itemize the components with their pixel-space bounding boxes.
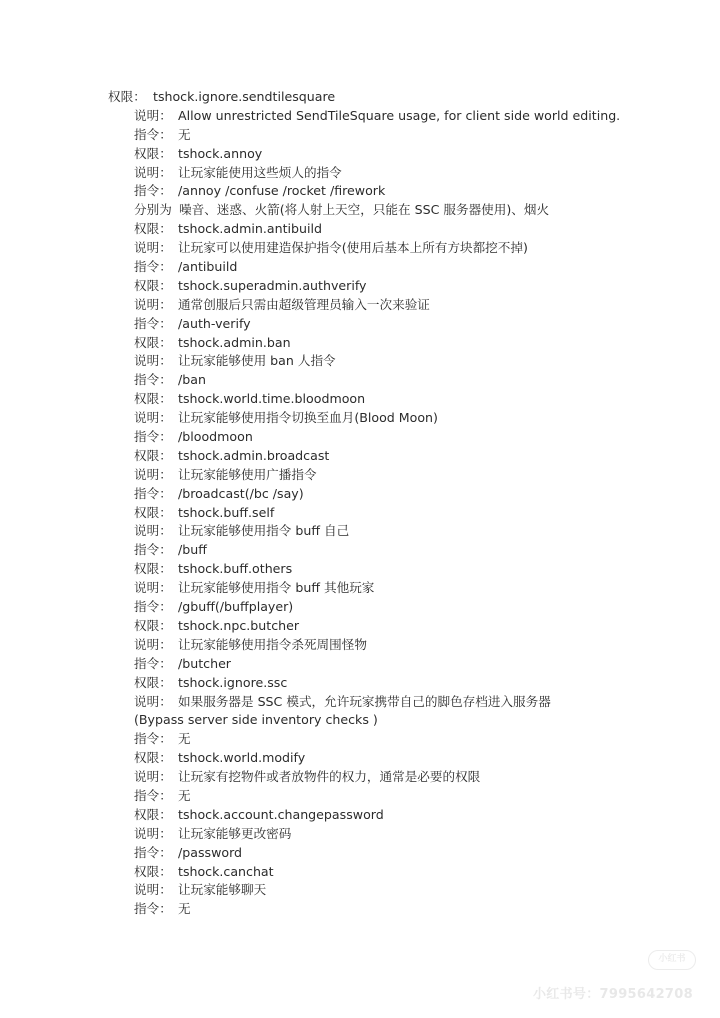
line-value: /butcher [178, 655, 231, 674]
document-line: 权限：tshock.npc.butcher [0, 617, 720, 636]
document-line: 说明：Allow unrestricted SendTileSquare usa… [0, 107, 720, 126]
line-value: 让玩家能够更改密码 [178, 825, 291, 844]
line-label: 说明： [134, 164, 172, 183]
line-value: /gbuff(/buffplayer) [178, 598, 293, 617]
line-label: 指令： [134, 485, 172, 504]
line-value: /antibuild [178, 258, 237, 277]
document-line: 说明：让玩家能够使用指令 buff 自己 [0, 522, 720, 541]
line-label: 指令： [134, 315, 172, 334]
document-line: 说明：让玩家能够使用指令切换至血月(Blood Moon) [0, 409, 720, 428]
continuation-line: (Bypass server side inventory checks ) [0, 711, 720, 730]
document-line: 指令：无 [0, 730, 720, 749]
document-line: 权限：tshock.annoy [0, 145, 720, 164]
line-label: 指令： [134, 655, 172, 674]
document-line: 指令：无 [0, 787, 720, 806]
document-line: 指令：/antibuild [0, 258, 720, 277]
line-value: tshock.admin.ban [178, 334, 291, 353]
line-value: 如果服务器是 SSC 模式，允许玩家携带自己的脚色存档进入服务器 [178, 693, 551, 712]
document-line: 指令：/butcher [0, 655, 720, 674]
line-label: 权限： [134, 334, 172, 353]
line-value: 无 [178, 126, 191, 145]
line-value: tshock.account.changepassword [178, 806, 384, 825]
line-label: 权限： [108, 88, 146, 107]
line-label: 指令： [134, 787, 172, 806]
document-line: 说明：让玩家能够使用 ban 人指令 [0, 352, 720, 371]
line-label: 说明： [134, 239, 172, 258]
xiaohongshu-logo-icon: 小红书 [648, 950, 696, 970]
line-label: 指令： [134, 371, 172, 390]
document-line: 说明：让玩家能够使用广播指令 [0, 466, 720, 485]
line-value: tshock.superadmin.authverify [178, 277, 367, 296]
line-label: 权限： [134, 560, 172, 579]
line-label: 说明： [134, 693, 172, 712]
document-line: 指令：/broadcast(/bc /say) [0, 485, 720, 504]
line-label: 权限： [134, 220, 172, 239]
line-value: /annoy /confuse /rocket /firework [178, 182, 385, 201]
document-line: 权限：tshock.account.changepassword [0, 806, 720, 825]
line-value: tshock.ignore.ssc [178, 674, 287, 693]
line-value: /ban [178, 371, 206, 390]
document-line: 权限：tshock.ignore.sendtilesquare [0, 88, 720, 107]
document-line: 说明：让玩家能使用这些烦人的指令 [0, 164, 720, 183]
line-value: tshock.npc.butcher [178, 617, 299, 636]
document-line: 指令：/bloodmoon [0, 428, 720, 447]
line-value: /bloodmoon [178, 428, 253, 447]
permission-document: 权限：tshock.ignore.sendtilesquare说明：Allow … [0, 88, 720, 919]
line-value: tshock.buff.others [178, 560, 292, 579]
line-value: 让玩家能够使用广播指令 [178, 466, 317, 485]
document-line: 权限：tshock.admin.broadcast [0, 447, 720, 466]
line-label: 权限： [134, 504, 172, 523]
line-label: 说明： [134, 466, 172, 485]
line-value: tshock.admin.antibuild [178, 220, 322, 239]
document-line: 权限：tshock.world.time.bloodmoon [0, 390, 720, 409]
line-label: 说明： [134, 522, 172, 541]
document-line: 权限：tshock.buff.others [0, 560, 720, 579]
line-value: 无 [178, 730, 191, 749]
document-line: 权限：tshock.ignore.ssc [0, 674, 720, 693]
document-line: 指令：/auth-verify [0, 315, 720, 334]
document-line: 说明：让玩家能够使用指令 buff 其他玩家 [0, 579, 720, 598]
line-label: 指令： [134, 730, 172, 749]
document-line: 分别为噪音、迷惑、火箭(将人射上天空，只能在 SSC 服务器使用)、烟火 [0, 201, 720, 220]
document-line: 说明：如果服务器是 SSC 模式，允许玩家携带自己的脚色存档进入服务器 [0, 693, 720, 712]
line-label: 指令： [134, 598, 172, 617]
line-value: 通常创服后只需由超级管理员输入一次来验证 [178, 296, 430, 315]
line-value: (Bypass server side inventory checks ) [134, 711, 378, 730]
line-label: 指令： [134, 428, 172, 447]
document-line: 说明：通常创服后只需由超级管理员输入一次来验证 [0, 296, 720, 315]
line-value: tshock.canchat [178, 863, 274, 882]
document-line: 指令：/password [0, 844, 720, 863]
document-line: 说明：让玩家能够更改密码 [0, 825, 720, 844]
document-line: 权限：tshock.superadmin.authverify [0, 277, 720, 296]
line-label: 权限： [134, 617, 172, 636]
line-value: 让玩家能够聊天 [178, 881, 266, 900]
line-value: tshock.buff.self [178, 504, 274, 523]
line-label: 权限： [134, 447, 172, 466]
line-label: 说明： [134, 881, 172, 900]
document-line: 说明：让玩家有挖物件或者放物件的权力，通常是必要的权限 [0, 768, 720, 787]
line-value: 让玩家有挖物件或者放物件的权力，通常是必要的权限 [178, 768, 480, 787]
line-value: /auth-verify [178, 315, 251, 334]
line-value: /broadcast(/bc /say) [178, 485, 304, 504]
line-label: 说明： [134, 409, 172, 428]
line-value: 让玩家可以使用建造保护指令(使用后基本上所有方块都挖不掉) [178, 239, 528, 258]
document-line: 指令：/buff [0, 541, 720, 560]
line-value: tshock.world.modify [178, 749, 305, 768]
line-label: 权限： [134, 390, 172, 409]
line-value: tshock.ignore.sendtilesquare [153, 88, 335, 107]
line-label: 权限： [134, 806, 172, 825]
line-label: 指令： [134, 258, 172, 277]
line-value: tshock.world.time.bloodmoon [178, 390, 365, 409]
line-label: 指令： [134, 844, 172, 863]
line-label: 说明： [134, 636, 172, 655]
line-label: 权限： [134, 145, 172, 164]
line-label: 权限： [134, 749, 172, 768]
line-label: 说明： [134, 107, 172, 126]
line-label: 指令： [134, 541, 172, 560]
document-line: 指令：/ban [0, 371, 720, 390]
line-label: 指令： [134, 182, 172, 201]
line-label: 权限： [134, 863, 172, 882]
line-value: tshock.annoy [178, 145, 262, 164]
document-line: 指令：/annoy /confuse /rocket /firework [0, 182, 720, 201]
document-line: 权限：tshock.admin.antibuild [0, 220, 720, 239]
line-label: 指令： [134, 126, 172, 145]
line-value: 无 [178, 787, 191, 806]
line-label: 说明： [134, 296, 172, 315]
line-label: 分别为 [134, 201, 172, 220]
document-line: 说明：让玩家可以使用建造保护指令(使用后基本上所有方块都挖不掉) [0, 239, 720, 258]
line-value: 噪音、迷惑、火箭(将人射上天空，只能在 SSC 服务器使用)、烟火 [179, 201, 549, 220]
watermark-account-id: 小红书号：7995642708 [533, 983, 693, 1002]
document-line: 权限：tshock.buff.self [0, 504, 720, 523]
line-value: Allow unrestricted SendTileSquare usage,… [178, 107, 620, 126]
line-value: 让玩家能够使用指令杀死周围怪物 [178, 636, 367, 655]
document-line: 权限：tshock.world.modify [0, 749, 720, 768]
line-label: 说明： [134, 825, 172, 844]
document-line: 指令：/gbuff(/buffplayer) [0, 598, 720, 617]
line-value: /password [178, 844, 242, 863]
line-value: 让玩家能使用这些烦人的指令 [178, 164, 342, 183]
line-value: 让玩家能够使用指令切换至血月(Blood Moon) [178, 409, 438, 428]
line-label: 指令： [134, 900, 172, 919]
line-label: 权限： [134, 277, 172, 296]
line-label: 说明： [134, 768, 172, 787]
document-line: 说明：让玩家能够聊天 [0, 881, 720, 900]
line-label: 权限： [134, 674, 172, 693]
line-value: 无 [178, 900, 191, 919]
document-line: 说明：让玩家能够使用指令杀死周围怪物 [0, 636, 720, 655]
document-line: 指令：无 [0, 900, 720, 919]
line-label: 说明： [134, 352, 172, 371]
document-line: 权限：tshock.canchat [0, 863, 720, 882]
line-value: 让玩家能够使用指令 buff 其他玩家 [178, 579, 374, 598]
line-value: tshock.admin.broadcast [178, 447, 329, 466]
line-value: 让玩家能够使用 ban 人指令 [178, 352, 336, 371]
line-value: /buff [178, 541, 207, 560]
document-line: 权限：tshock.admin.ban [0, 334, 720, 353]
line-value: 让玩家能够使用指令 buff 自己 [178, 522, 349, 541]
document-line: 指令：无 [0, 126, 720, 145]
line-label: 说明： [134, 579, 172, 598]
